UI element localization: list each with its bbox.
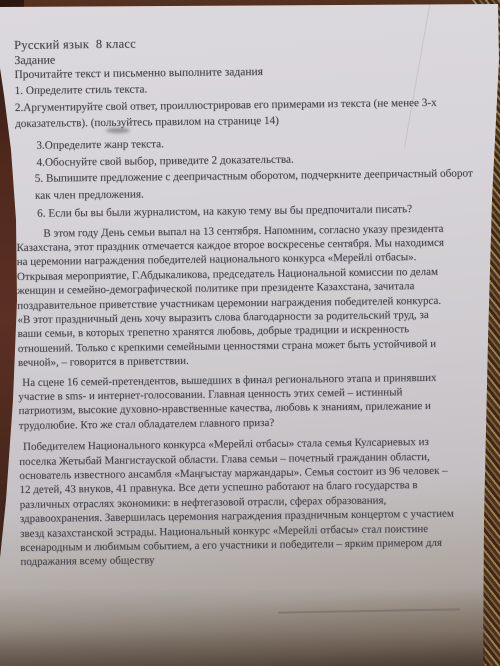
body-paragraph-3: Победителем Национального конкурса «Мере… xyxy=(19,435,459,570)
task-item-2: 2.Аргументируйте свой ответ, проиллюстри… xyxy=(15,94,461,132)
photo-background: Русский язык 8 класс Задание Прочитайте … xyxy=(0,0,500,666)
document-text: Русский язык 8 класс Задание Прочитайте … xyxy=(14,32,484,569)
task-item-5: 5. Выпишите предложение с деепричастным … xyxy=(35,165,481,203)
task-item-6: 6. Если бы вы были журналистом, на какую… xyxy=(37,200,483,222)
body-paragraph-1: В этом году День семьи выпал на 13 сентя… xyxy=(16,221,456,370)
paper-bottom-shadow xyxy=(0,588,485,666)
body-paragraph-2: На сцене 16 семей-претендентов, вышедших… xyxy=(18,370,457,433)
